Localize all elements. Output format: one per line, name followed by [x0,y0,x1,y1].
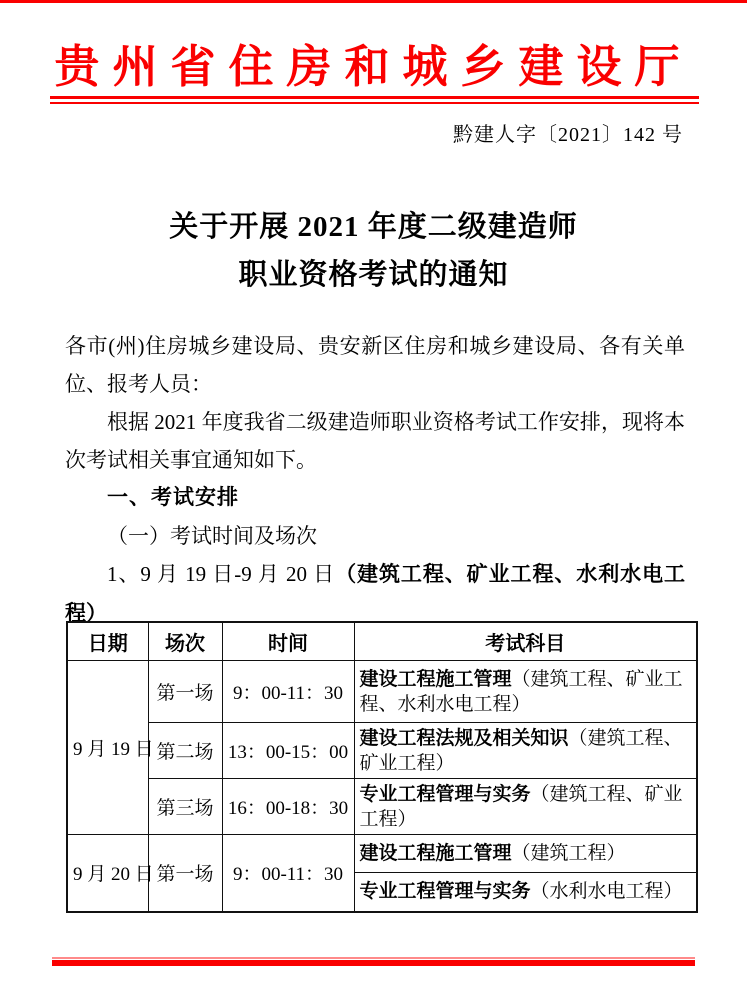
subject-scope: （水利水电工程） [531,881,683,902]
bottom-red-rule [52,957,695,966]
subject-name: 专业工程管理与实务 [360,784,531,805]
section-1-1-heading: （一）考试时间及场次 [65,517,685,555]
cell-date-sep19: 9 月 19 日 [67,661,148,835]
table-row: 9 月 20 日 第一场 9：00-11：30 建设工程施工管理（建筑工程） [67,835,697,873]
cell-subject-4a: 建设工程施工管理（建筑工程） [354,835,697,873]
cell-session-4: 第一场 [148,835,222,912]
intro-paragraph: 根据 2021 年度我省二级建造师职业资格考试工作安排，现将本次考试相关事宜通知… [65,403,685,479]
subject-name: 建设工程施工管理 [360,669,512,690]
cell-date-sep20: 9 月 20 日 [67,835,148,912]
section-1-heading: 一、考试安排 [65,479,685,517]
cell-subject-4b: 专业工程管理与实务（水利水电工程） [354,873,697,912]
cell-subject-1: 建设工程施工管理（建筑工程、矿业工程、水利水电工程） [354,661,697,723]
notice-title-line1: 关于开展 2021 年度二级建造师 [0,203,747,251]
subject-name: 建设工程法规及相关知识 [360,728,569,749]
table-header-row: 日期 场次 时间 考试科目 [67,622,697,661]
cell-time-1: 9：00-11：30 [222,661,354,723]
cell-subject-2: 建设工程法规及相关知识（建筑工程、矿业工程） [354,723,697,779]
notice-title: 关于开展 2021 年度二级建造师 职业资格考试的通知 [0,203,747,299]
cell-time-4: 9：00-11：30 [222,835,354,912]
header-session: 场次 [148,622,222,661]
salutation: 各市(州)住房城乡建设局、贵安新区住房和城乡建设局、各有关单位、报考人员： [65,327,685,403]
cell-session-2: 第二场 [148,723,222,779]
document-page: 贵州省住房和城乡建设厅 黔建人字〔2021〕142 号 关于开展 2021 年度… [0,0,747,995]
table-row: 第三场 16：00-18：30 专业工程管理与实务（建筑工程、矿业工程） [67,779,697,835]
subject-name: 专业工程管理与实务 [360,881,531,902]
table-row: 9 月 19 日 第一场 9：00-11：30 建设工程施工管理（建筑工程、矿业… [67,661,697,723]
exam-schedule-table: 日期 场次 时间 考试科目 9 月 19 日 第一场 9：00-11：30 建设… [66,621,698,913]
cell-session-3: 第三场 [148,779,222,835]
header-date: 日期 [67,622,148,661]
header-subject: 考试科目 [354,622,697,661]
notice-title-line2: 职业资格考试的通知 [0,251,747,299]
cell-session-1: 第一场 [148,661,222,723]
doc-number: 黔建人字〔2021〕142 号 [453,118,683,147]
item-1-prefix: 1、9 月 19 日-9 月 20 日 [107,562,335,586]
cell-time-3: 16：00-18：30 [222,779,354,835]
subject-name: 建设工程施工管理 [360,843,512,864]
agency-masthead: 贵州省住房和城乡建设厅 [0,30,747,95]
subject-scope: （建筑工程） [512,843,626,864]
table-row: 第二场 13：00-15：00 建设工程法规及相关知识（建筑工程、矿业工程） [67,723,697,779]
top-red-rule [0,0,747,3]
header-time: 时间 [222,622,354,661]
notice-body: 各市(州)住房城乡建设局、贵安新区住房和城乡建设局、各有关单位、报考人员： 根据… [65,327,685,633]
bottom-rule-thick-line [52,960,695,966]
cell-subject-3: 专业工程管理与实务（建筑工程、矿业工程） [354,779,697,835]
cell-time-2: 13：00-15：00 [222,723,354,779]
masthead-double-rule [50,96,699,104]
